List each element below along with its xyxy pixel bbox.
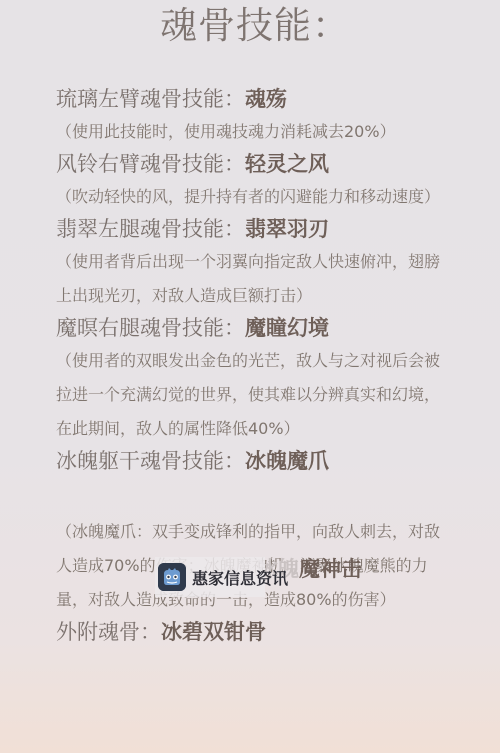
skill-label: 琉璃左臂魂骨技能：: [56, 87, 245, 111]
skill-name: 翡翠羽刃: [245, 217, 329, 241]
skill-label: 魔暝右腿魂骨技能：: [56, 316, 245, 340]
skill-name: 冰魄魔爪: [245, 449, 329, 473]
secondary-skill-name-visible: 魔神击: [299, 557, 362, 581]
skill-name: 冰碧双钳骨: [161, 620, 266, 644]
skill-description: （使用此技能时，使用魂技魂力消耗减去20%）: [56, 115, 446, 149]
skill-label: 外附魂骨：: [56, 620, 161, 644]
skill-name: 魔瞳幻境: [245, 316, 329, 340]
skill-name: 轻灵之风: [245, 152, 329, 176]
skill-heading: 外附魂骨：冰碧双钳骨: [56, 617, 446, 648]
skill-heading: 魔暝右腿魂骨技能：魔瞳幻境: [56, 313, 446, 344]
skill-heading: 翡翠左腿魂骨技能：翡翠羽刃: [56, 214, 446, 245]
godot-robot-icon: [158, 563, 186, 591]
spacer: [56, 477, 446, 515]
watermark-label: 惠家信息资讯: [192, 566, 288, 589]
skill-description: （使用者的双眼发出金色的光芒，敌人与之对视后会被拉进一个充满幻觉的世界，使其难以…: [56, 344, 446, 446]
watermark-badge[interactable]: 惠家信息资讯: [155, 557, 265, 597]
skill-name: 魂殇: [245, 87, 287, 111]
skill-heading: 冰魄躯干魂骨技能：冰魄魔爪: [56, 446, 446, 477]
skill-description: （吹动轻快的风，提升持有者的闪避能力和移动速度）: [56, 180, 446, 214]
skill-label: 翡翠左腿魂骨技能：: [56, 217, 245, 241]
skill-description: （使用者背后出现一个羽翼向指定敌人快速俯冲，翅膀上出现光刃，对敌人造成巨额打击）: [56, 245, 446, 313]
skill-label: 冰魄躯干魂骨技能：: [56, 449, 245, 473]
page-title: 魂骨技能：: [0, 4, 500, 48]
skill-heading: 风铃右臂魂骨技能：轻灵之风: [56, 149, 446, 180]
skill-label: 风铃右臂魂骨技能：: [56, 152, 245, 176]
skill-heading: 琉璃左臂魂骨技能：魂殇: [56, 84, 446, 115]
